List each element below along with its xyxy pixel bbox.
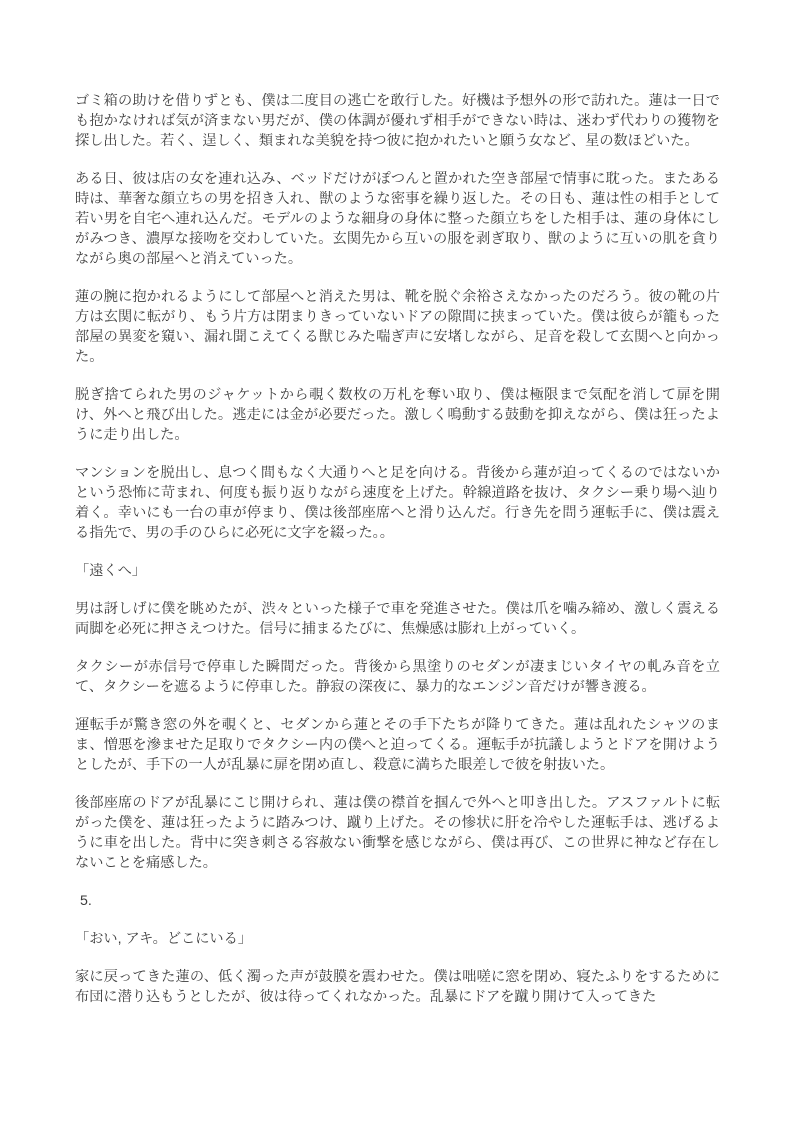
paragraph-1: ゴミ箱の助けを借りずとも、僕は二度目の逃亡を敢行した。好機は予想外の形で訪れた。… xyxy=(75,91,720,151)
paragraph-4: 脱ぎ捨てられた男のジャケットから覗く数枚の万札を奪い取り、僕は極限まで気配を消し… xyxy=(75,385,720,445)
paragraph-7: タクシーが赤信号で停車した瞬間だった。背後から黒塗りのセダンが凄まじいタイヤの軋… xyxy=(75,657,720,697)
paragraph-2: ある日、彼は店の女を連れ込み、ベッドだけがぽつんと置かれた空き部屋で情事に耽った… xyxy=(75,169,720,269)
dialogue-line-1: 「遠くへ」 xyxy=(75,561,720,581)
document-page: ゴミ箱の助けを借りずとも、僕は二度目の逃亡を敢行した。好機は予想外の形で訪れた。… xyxy=(0,0,793,1122)
paragraph-6: 男は訝しげに僕を眺めたが、渋々といった様子で車を発進させた。僕は爪を噛み締め、激… xyxy=(75,599,720,639)
document-text-block: ゴミ箱の助けを借りずとも、僕は二度目の逃亡を敢行した。好機は予想外の形で訪れた。… xyxy=(75,91,720,1007)
paragraph-9: 後部座席のドアが乱暴にこじ開けられ、蓮は僕の襟首を掴んで外へと叩き出した。アスフ… xyxy=(75,793,720,873)
paragraph-3: 蓮の腕に抱かれるようにして部屋へと消えた男は、靴を脱ぐ余裕さえなかったのだろう。… xyxy=(75,287,720,367)
section-heading-5: 5. xyxy=(75,891,720,911)
dialogue-line-2: 「おい, アキ。どこにいる」 xyxy=(75,929,720,949)
paragraph-5: マンションを脱出し、息つく間もなく大通りへと足を向ける。背後から蓮が迫ってくるの… xyxy=(75,463,720,543)
paragraph-10: 家に戻ってきた蓮の、低く濁った声が鼓膜を震わせた。僕は咄嗟に窓を閉め、寝たふりを… xyxy=(75,967,720,1007)
paragraph-8: 運転手が驚き窓の外を覗くと、セダンから蓮とその手下たちが降りてきた。蓮は乱れたシ… xyxy=(75,715,720,775)
